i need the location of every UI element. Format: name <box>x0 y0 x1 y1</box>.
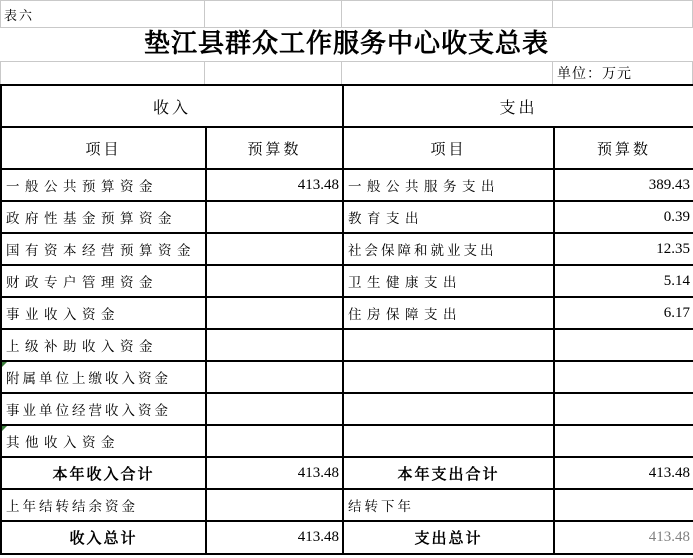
table-row: 上级补助收入资金 <box>1 329 693 361</box>
expense-item-cell[interactable]: 社会保障和就业支出 <box>343 233 554 265</box>
expense-carryover-value-cell[interactable] <box>554 489 693 521</box>
column-header-row: 项目 预算数 项目 预算数 <box>1 127 693 169</box>
income-section-header[interactable]: 收入 <box>1 85 343 127</box>
income-item-cell[interactable]: 政府性基金预算资金 <box>1 201 206 233</box>
total-row: 收入总计 413.48 支出总计 413.48 <box>1 521 693 554</box>
income-subtotal-value-cell[interactable]: 413.48 <box>206 457 343 489</box>
expense-item-cell[interactable] <box>343 393 554 425</box>
income-budget-header[interactable]: 预算数 <box>206 127 343 169</box>
table-row: 国有资本经营预算资金 社会保障和就业支出 12.35 <box>1 233 693 265</box>
table-row: 政府性基金预算资金 教育支出 0.39 <box>1 201 693 233</box>
table-row: 其他收入资金 <box>1 425 693 457</box>
table-row: 事业单位经营收入资金 <box>1 393 693 425</box>
gridline <box>552 0 553 27</box>
table-row: 一般公共预算资金 413.48 一般公共服务支出 389.43 <box>1 169 693 201</box>
group-header-row: 收入 支出 <box>1 85 693 127</box>
gridline <box>341 0 342 27</box>
expense-subtotal-value-cell[interactable]: 413.48 <box>554 457 693 489</box>
income-item-cell[interactable]: 一般公共预算资金 <box>1 169 206 201</box>
expense-item-cell[interactable]: 住房保障支出 <box>343 297 554 329</box>
income-item-cell[interactable]: 事业收入资金 <box>1 297 206 329</box>
table-header-area: 表六 垫江县群众工作服务中心收支总表 单位：万元 <box>0 0 693 84</box>
expense-budget-cell[interactable] <box>554 329 693 361</box>
cell-error-flag-icon <box>2 362 7 367</box>
spreadsheet-page: 表六 垫江县群众工作服务中心收支总表 单位：万元 收入 支出 项目 预算数 项目… <box>0 0 693 558</box>
expense-budget-cell[interactable]: 5.14 <box>554 265 693 297</box>
cell-error-flag-icon <box>2 426 7 431</box>
income-total-label-cell[interactable]: 收入总计 <box>1 521 206 554</box>
expense-item-cell[interactable] <box>343 425 554 457</box>
income-item-cell[interactable]: 上级补助收入资金 <box>1 329 206 361</box>
expense-carryover-cell[interactable]: 结转下年 <box>343 489 554 521</box>
income-budget-cell[interactable] <box>206 425 343 457</box>
expense-budget-cell[interactable] <box>554 425 693 457</box>
income-total-value-cell[interactable]: 413.48 <box>206 521 343 554</box>
table-number: 表六 <box>4 5 34 24</box>
income-subtotal-label-cell[interactable]: 本年收入合计 <box>1 457 206 489</box>
income-budget-cell[interactable] <box>206 265 343 297</box>
expense-item-header[interactable]: 项目 <box>343 127 554 169</box>
subtotal-row: 本年收入合计 413.48 本年支出合计 413.48 <box>1 457 693 489</box>
income-carryover-value-cell[interactable] <box>206 489 343 521</box>
expense-budget-cell[interactable]: 0.39 <box>554 201 693 233</box>
expense-subtotal-label-cell[interactable]: 本年支出合计 <box>343 457 554 489</box>
page-title: 垫江县群众工作服务中心收支总表 <box>0 27 693 61</box>
expense-budget-cell[interactable]: 389.43 <box>554 169 693 201</box>
expense-budget-header[interactable]: 预算数 <box>554 127 693 169</box>
income-item-header[interactable]: 项目 <box>1 127 206 169</box>
income-carryover-cell[interactable]: 上年结转结余资金 <box>1 489 206 521</box>
income-item-cell[interactable]: 财政专户管理资金 <box>1 265 206 297</box>
gridline <box>204 0 205 27</box>
gridline <box>0 0 693 1</box>
gridline <box>0 61 1 84</box>
expense-budget-cell[interactable]: 12.35 <box>554 233 693 265</box>
expense-item-cell[interactable] <box>343 329 554 361</box>
gridline <box>0 0 1 27</box>
expense-item-cell[interactable]: 教育支出 <box>343 201 554 233</box>
expense-section-header[interactable]: 支出 <box>343 85 693 127</box>
expense-total-value-cell[interactable]: 413.48 <box>554 521 693 554</box>
gridline <box>552 61 553 84</box>
income-budget-cell[interactable] <box>206 297 343 329</box>
income-budget-cell[interactable] <box>206 393 343 425</box>
expense-item-cell[interactable] <box>343 361 554 393</box>
table-row: 事业收入资金 住房保障支出 6.17 <box>1 297 693 329</box>
unit-label: 单位：万元 <box>557 63 632 83</box>
table-row: 附属单位上缴收入资金 <box>1 361 693 393</box>
income-item-cell[interactable]: 事业单位经营收入资金 <box>1 393 206 425</box>
expense-item-cell[interactable]: 一般公共服务支出 <box>343 169 554 201</box>
income-item-cell[interactable]: 附属单位上缴收入资金 <box>1 361 206 393</box>
income-budget-cell[interactable] <box>206 201 343 233</box>
expense-budget-cell[interactable] <box>554 361 693 393</box>
expense-budget-cell[interactable] <box>554 393 693 425</box>
gridline <box>0 61 693 62</box>
income-item-cell[interactable]: 其他收入资金 <box>1 425 206 457</box>
income-item-cell[interactable]: 国有资本经营预算资金 <box>1 233 206 265</box>
income-budget-cell[interactable] <box>206 233 343 265</box>
expense-item-cell[interactable]: 卫生健康支出 <box>343 265 554 297</box>
budget-table: 收入 支出 项目 预算数 项目 预算数 一般公共预算资金 413.48 一般公共… <box>0 84 693 555</box>
table-row: 财政专户管理资金 卫生健康支出 5.14 <box>1 265 693 297</box>
income-budget-cell[interactable] <box>206 361 343 393</box>
expense-budget-cell[interactable]: 6.17 <box>554 297 693 329</box>
income-budget-cell[interactable] <box>206 329 343 361</box>
gridline <box>204 61 205 84</box>
income-budget-cell[interactable]: 413.48 <box>206 169 343 201</box>
carryover-row: 上年结转结余资金 结转下年 <box>1 489 693 521</box>
expense-total-label-cell[interactable]: 支出总计 <box>343 521 554 554</box>
gridline <box>341 61 342 84</box>
